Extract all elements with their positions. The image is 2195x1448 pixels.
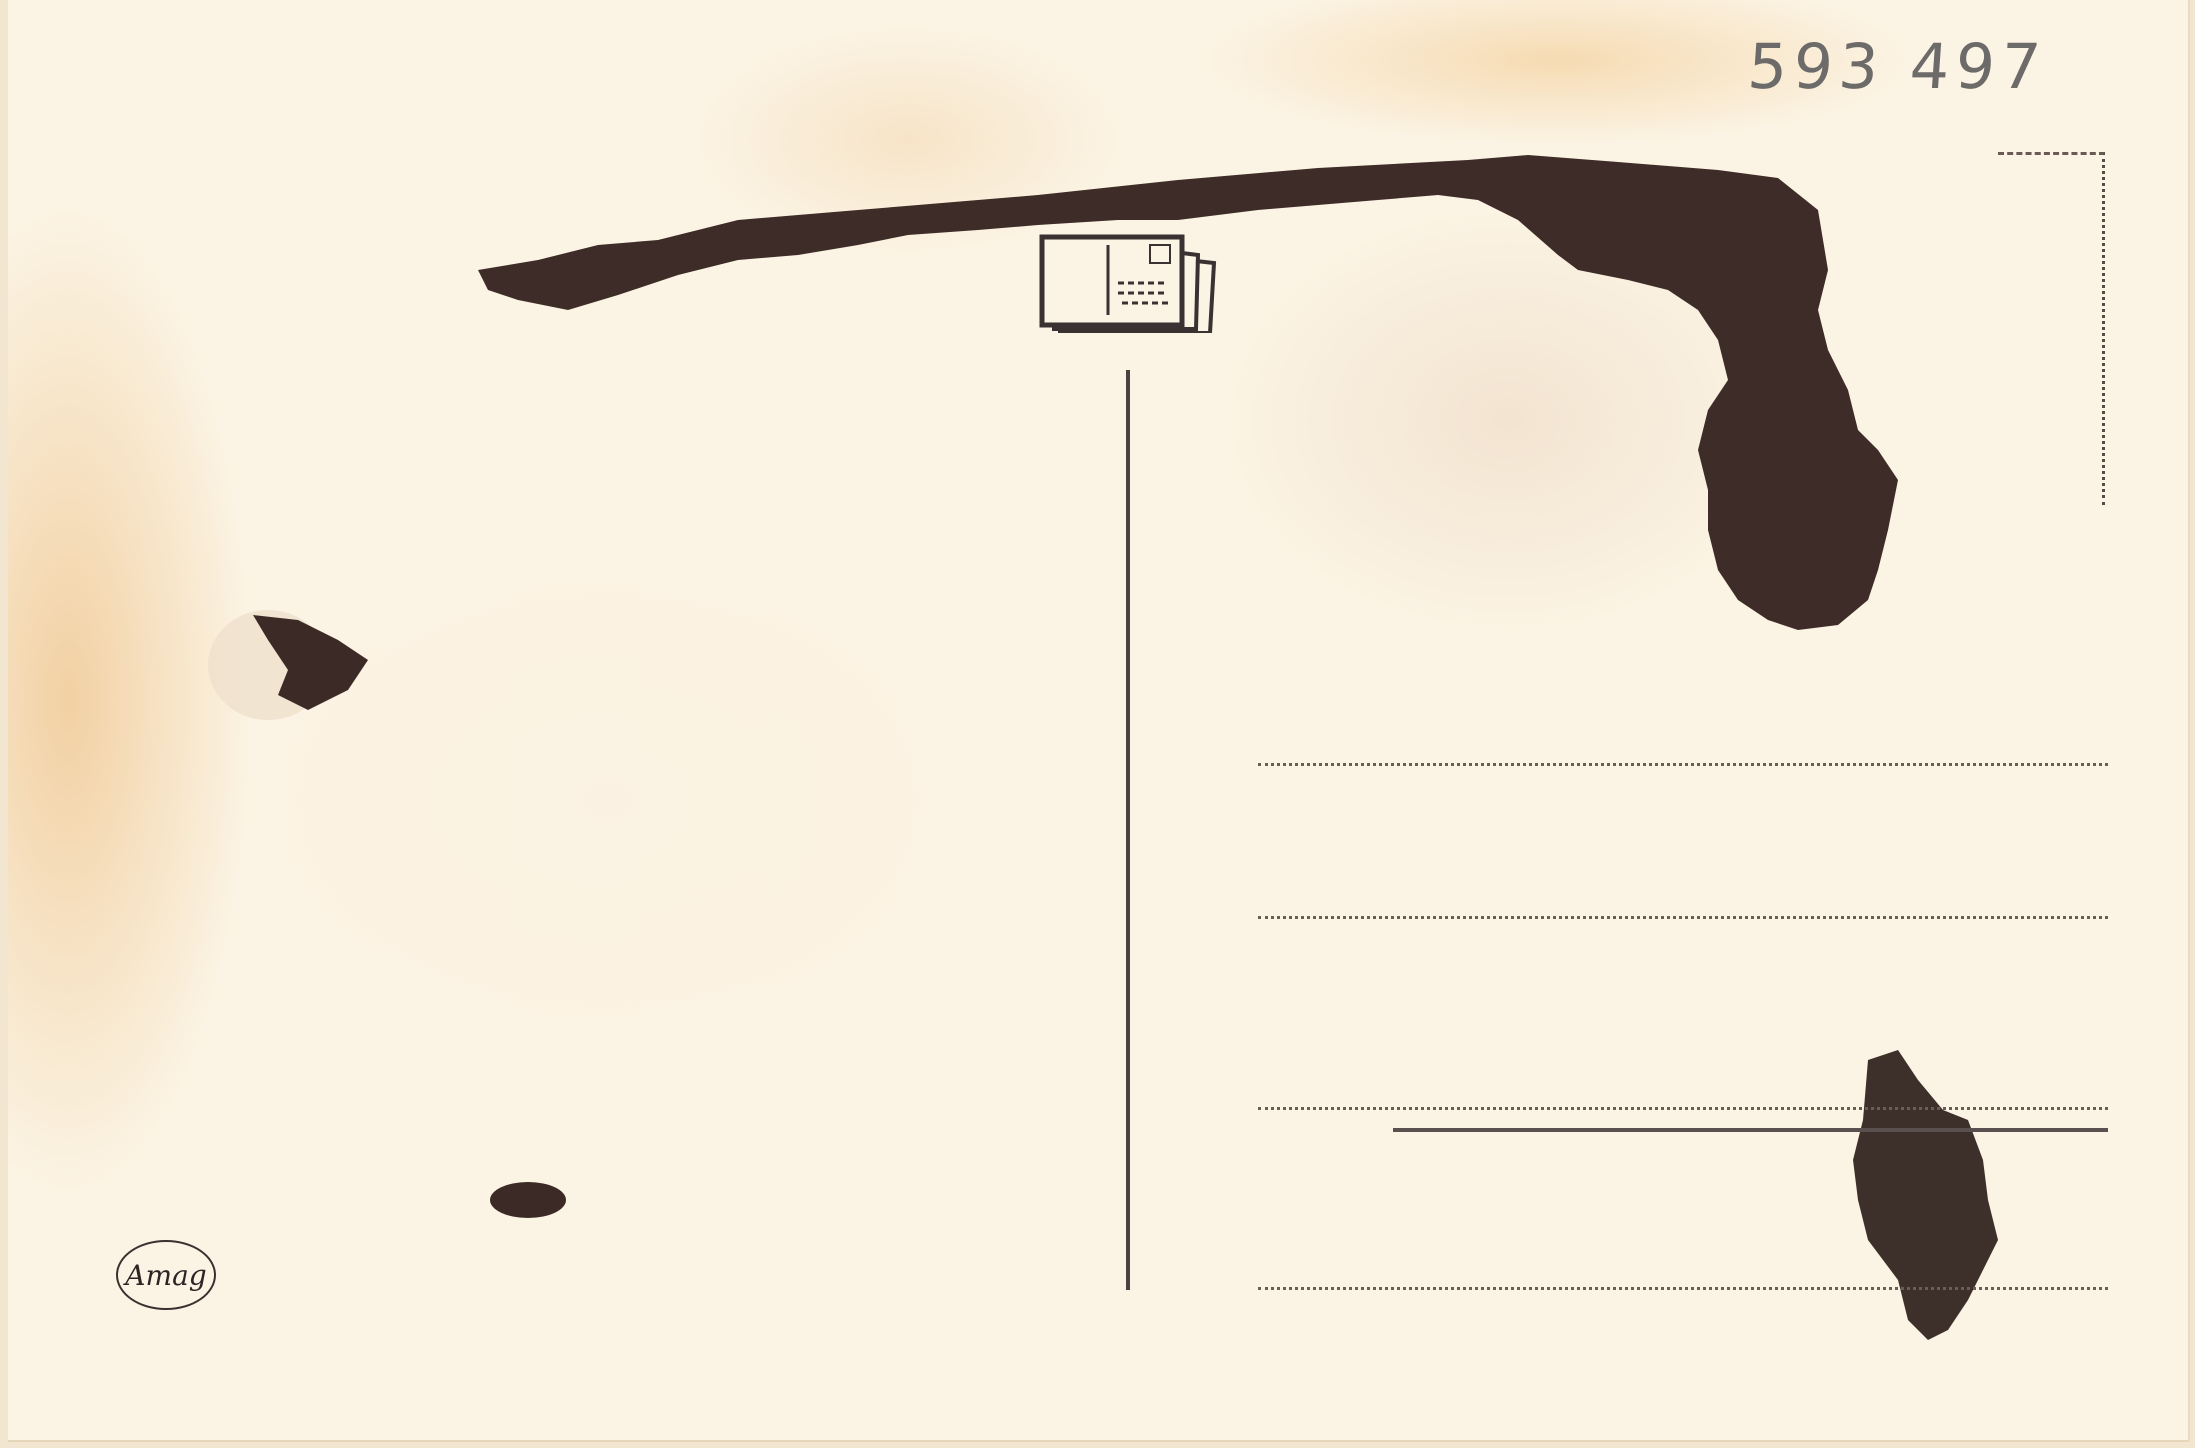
postcard-back: 593 497 Amag — [8, 0, 2190, 1442]
torn-residue-top — [478, 150, 2038, 770]
address-line-2 — [1258, 916, 2108, 919]
publisher-mark: Amag — [116, 1240, 216, 1310]
address-line-3 — [1258, 1107, 2108, 1110]
stamp-box — [1998, 152, 2105, 505]
torn-residue-left — [198, 600, 378, 730]
address-line-4 — [1258, 1287, 2108, 1290]
address-underline — [1393, 1128, 2108, 1132]
postcard-stack-icon — [1038, 233, 1218, 333]
catalog-number: 593 497 — [1745, 30, 2048, 103]
publisher-mark-text: Amag — [125, 1259, 206, 1292]
address-line-1 — [1258, 763, 2108, 766]
torn-residue-bottom — [1848, 1050, 2048, 1350]
message-address-divider — [1126, 370, 1130, 1290]
torn-residue-small — [483, 1175, 573, 1225]
